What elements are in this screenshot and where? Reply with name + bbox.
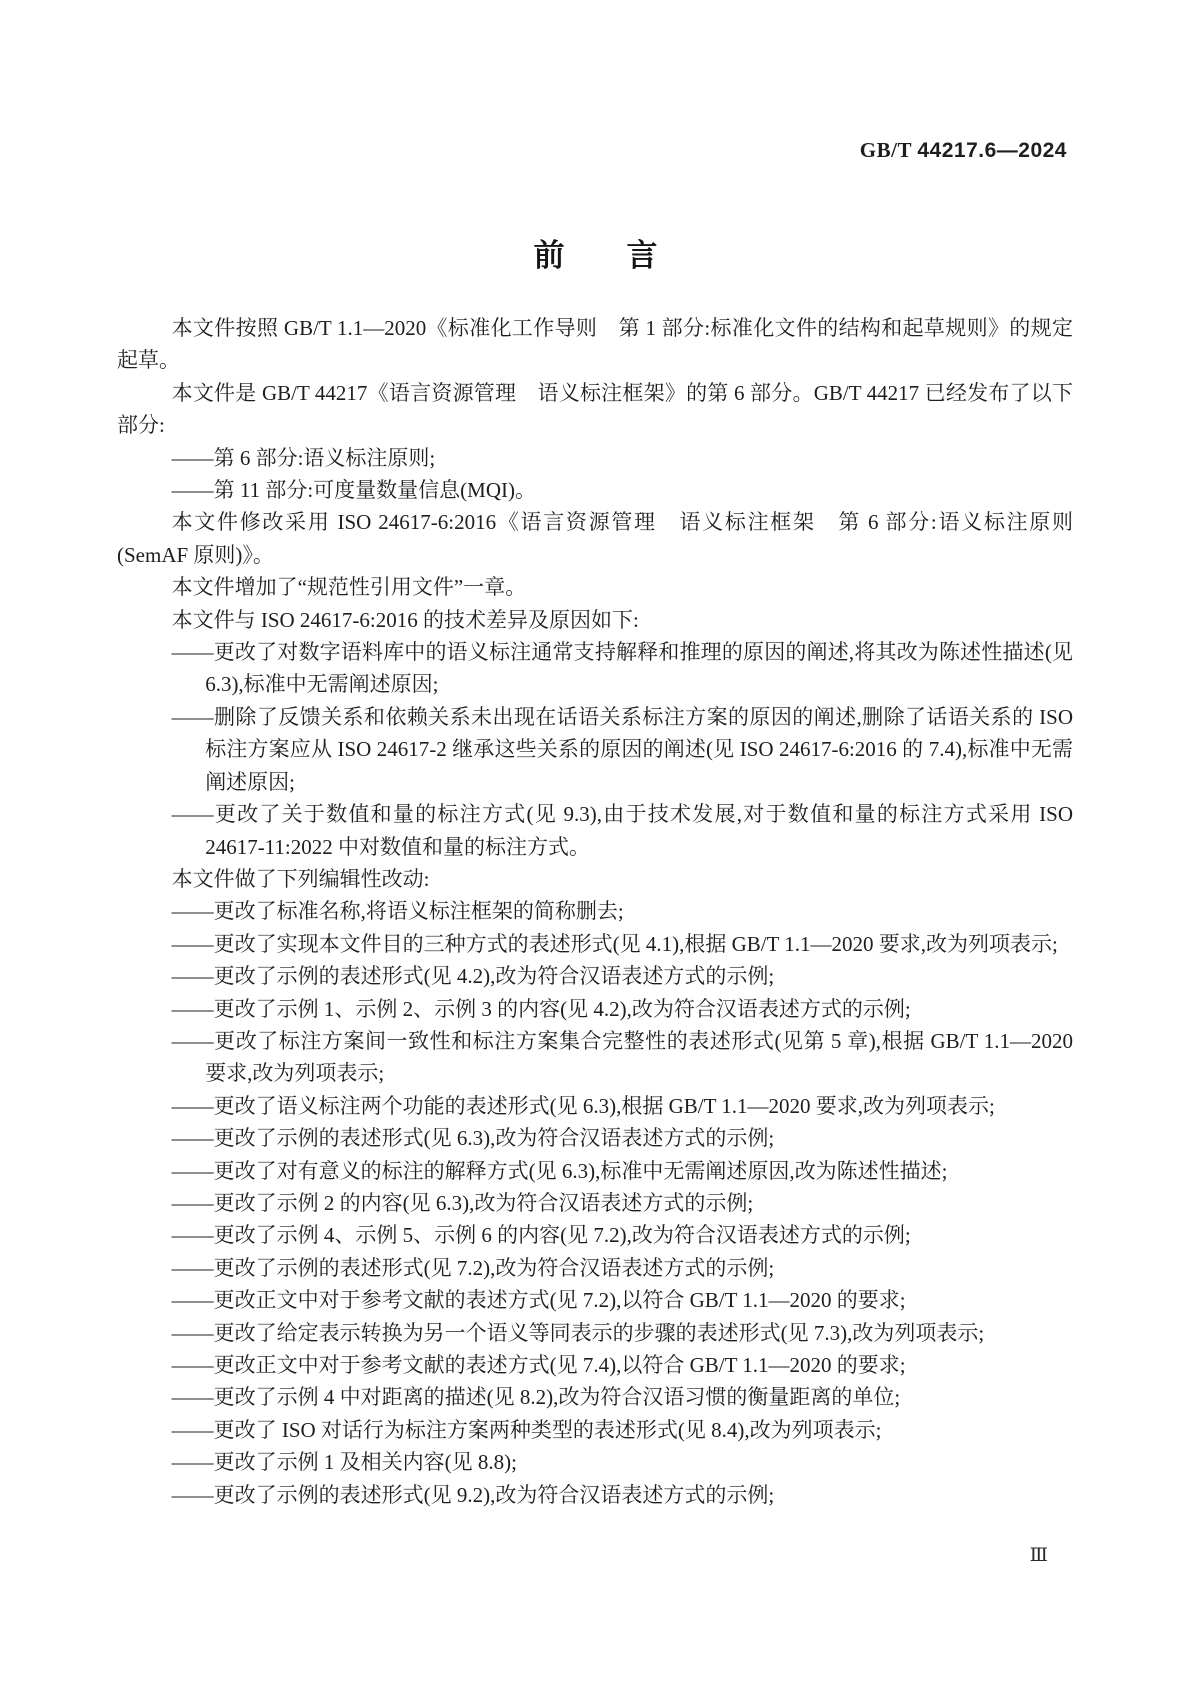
paragraph: 本文件修改采用 ISO 24617-6:2016《语言资源管理 语义标注框架 第…	[117, 506, 1073, 571]
list-item: ——更改了示例的表述形式(见 4.2),改为符合汉语表述方式的示例;	[117, 960, 1073, 992]
list-item: ——更改了示例的表述形式(见 9.2),改为符合汉语表述方式的示例;	[117, 1479, 1073, 1511]
standard-code-number: 44217.6—2024	[917, 139, 1067, 162]
list-item: ——更改了示例 2 的内容(见 6.3),改为符合汉语表述方式的示例;	[117, 1187, 1073, 1219]
list-item: ——更改了示例 1 及相关内容(见 8.8);	[117, 1446, 1073, 1478]
list-item: ——更改了示例 1、示例 2、示例 3 的内容(见 4.2),改为符合汉语表述方…	[117, 993, 1073, 1025]
page-number: Ⅲ	[1030, 1544, 1048, 1567]
list-item: ——删除了反馈关系和依赖关系未出现在话语关系标注方案的原因的阐述,删除了话语关系…	[117, 701, 1073, 798]
list-item: ——更改了实现本文件目的三种方式的表述形式(见 4.1),根据 GB/T 1.1…	[117, 928, 1073, 960]
paragraph: 本文件按照 GB/T 1.1—2020《标准化工作导则 第 1 部分:标准化文件…	[117, 312, 1073, 377]
list-item: ——更改了示例 4 中对距离的描述(见 8.2),改为符合汉语习惯的衡量距离的单…	[117, 1381, 1073, 1413]
standard-code: GB/T 44217.6—2024	[860, 138, 1067, 163]
list-item: ——更改正文中对于参考文献的表述方式(见 7.4),以符合 GB/T 1.1—2…	[117, 1349, 1073, 1381]
list-item: ——第 11 部分:可度量数量信息(MQI)。	[117, 474, 1073, 506]
paragraph: 本文件增加了“规范性引用文件”一章。	[117, 571, 1073, 603]
list-item: ——更改了标注方案间一致性和标注方案集合完整性的表述形式(见第 5 章),根据 …	[117, 1025, 1073, 1090]
list-item: ——更改了对数字语料库中的语义标注通常支持解释和推理的原因的阐述,将其改为陈述性…	[117, 636, 1073, 701]
list-item: ——更改了 ISO 对话行为标注方案两种类型的表述形式(见 8.4),改为列项表…	[117, 1414, 1073, 1446]
paragraph: 本文件与 ISO 24617-6:2016 的技术差异及原因如下:	[117, 604, 1073, 636]
page-title: 前 言	[0, 238, 1191, 274]
paragraph: 本文件做了下列编辑性改动:	[117, 863, 1073, 895]
foreword-body: 本文件按照 GB/T 1.1—2020《标准化工作导则 第 1 部分:标准化文件…	[117, 312, 1073, 1511]
list-item: ——更改了关于数值和量的标注方式(见 9.3),由于技术发展,对于数值和量的标注…	[117, 798, 1073, 863]
list-item: ——更改了给定表示转换为另一个语义等同表示的步骤的表述形式(见 7.3),改为列…	[117, 1317, 1073, 1349]
standard-code-prefix: GB/T	[860, 138, 912, 162]
list-item: ——更改了示例的表述形式(见 7.2),改为符合汉语表述方式的示例;	[117, 1252, 1073, 1284]
list-item: ——更改了对有意义的标注的解释方式(见 6.3),标准中无需阐述原因,改为陈述性…	[117, 1155, 1073, 1187]
list-item: ——更改了标准名称,将语义标注框架的简称删去;	[117, 895, 1073, 927]
paragraph: 本文件是 GB/T 44217《语言资源管理 语义标注框架》的第 6 部分。GB…	[117, 377, 1073, 442]
list-item: ——更改了示例 4、示例 5、示例 6 的内容(见 7.2),改为符合汉语表述方…	[117, 1219, 1073, 1251]
list-item: ——更改了示例的表述形式(见 6.3),改为符合汉语表述方式的示例;	[117, 1122, 1073, 1154]
list-item: ——更改了语义标注两个功能的表述形式(见 6.3),根据 GB/T 1.1—20…	[117, 1090, 1073, 1122]
list-item: ——更改正文中对于参考文献的表述方式(见 7.2),以符合 GB/T 1.1—2…	[117, 1284, 1073, 1316]
list-item: ——第 6 部分:语义标注原则;	[117, 442, 1073, 474]
